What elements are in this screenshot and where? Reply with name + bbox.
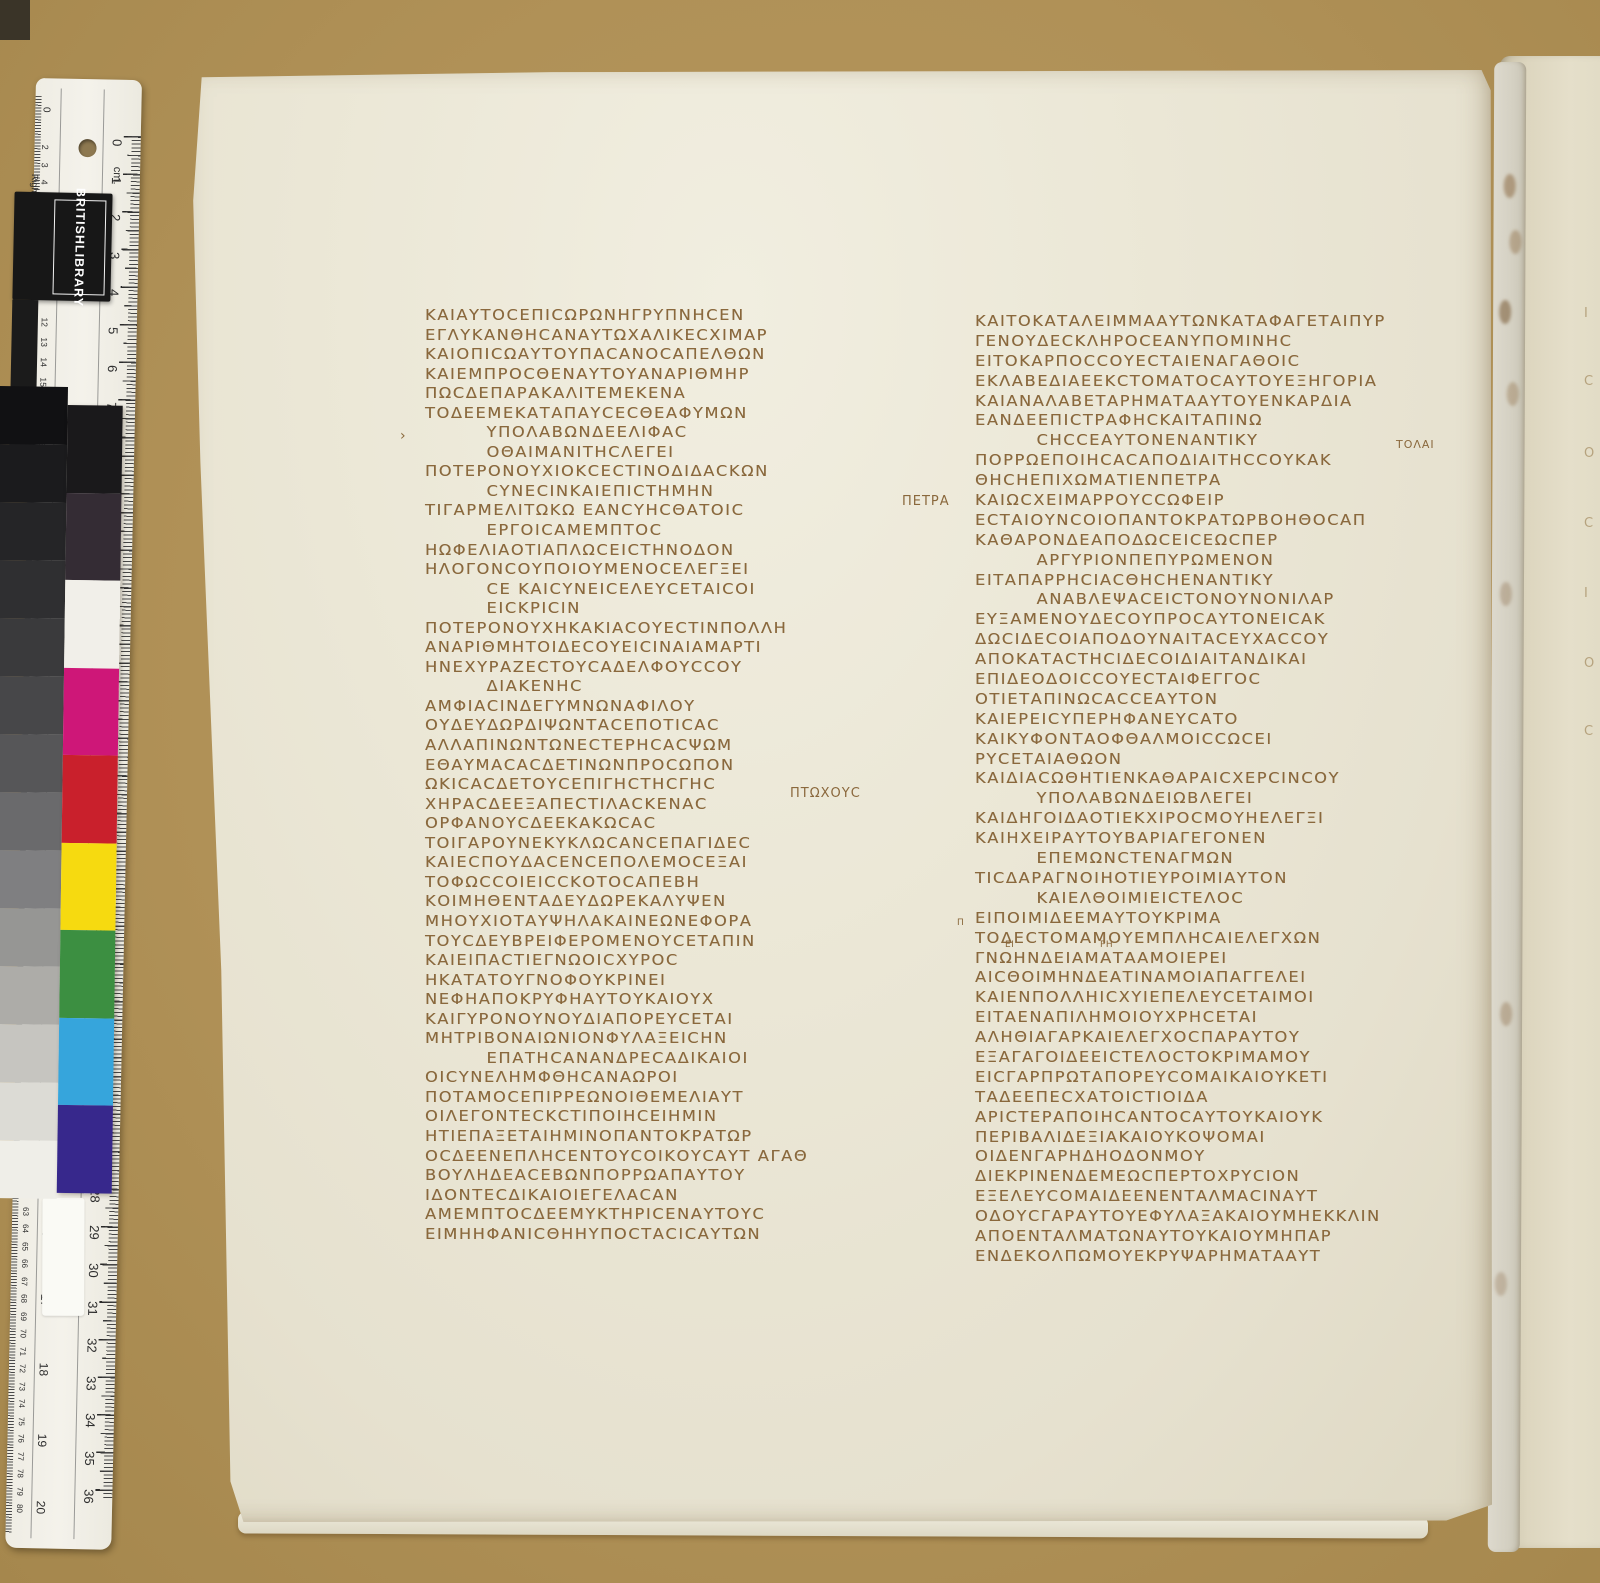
stain bbox=[1507, 382, 1519, 406]
gray-step bbox=[0, 676, 64, 735]
faint-glyph: C bbox=[1584, 516, 1594, 531]
gutter-guard-tape bbox=[1488, 62, 1527, 1552]
tag-border-box: BRITISH LIBRARY bbox=[52, 199, 106, 295]
gray-step bbox=[0, 560, 66, 619]
color-patch bbox=[62, 755, 118, 843]
faint-glyph: I bbox=[1584, 586, 1589, 601]
gray-step bbox=[0, 850, 62, 909]
tag-word-british: BRITISH bbox=[70, 188, 89, 245]
color-patch bbox=[57, 1105, 113, 1193]
gray-step bbox=[0, 1024, 59, 1083]
stain bbox=[1499, 300, 1511, 324]
color-patch bbox=[58, 1017, 114, 1105]
faint-glyph: O bbox=[1584, 656, 1595, 671]
scale-number: 19 bbox=[35, 1434, 49, 1448]
color-patch-column bbox=[57, 405, 123, 1194]
stain bbox=[1500, 582, 1512, 606]
stain bbox=[1509, 230, 1521, 254]
correction: Π bbox=[957, 918, 964, 928]
color-patch bbox=[67, 405, 123, 493]
gray-step bbox=[0, 1140, 57, 1199]
manuscript-page: ΚΑΙΑΥΤΟCΕΠΙCΩΡΩΝΗΓΡΥΠΝΗCΕΝΕΓΛΥΚΑΝΘΗCΑΝΑΥ… bbox=[186, 70, 1492, 1522]
british-library-tag: BRITISH LIBRARY bbox=[12, 192, 112, 302]
gray-step bbox=[0, 502, 66, 561]
color-patch bbox=[63, 667, 119, 755]
stain bbox=[1504, 174, 1516, 198]
gray-step bbox=[0, 1082, 58, 1141]
faint-glyph: O bbox=[1584, 446, 1595, 461]
stain bbox=[1495, 1272, 1507, 1296]
faint-glyph: C bbox=[1584, 374, 1594, 389]
stain bbox=[1500, 1002, 1512, 1026]
correction: ΕΙ bbox=[1005, 940, 1014, 950]
gray-step bbox=[0, 734, 63, 793]
correction: ΡΗ bbox=[1100, 940, 1113, 950]
scale-number: 20 bbox=[34, 1501, 48, 1515]
color-patch bbox=[60, 842, 116, 930]
gray-step bbox=[0, 444, 67, 503]
corner-dark-patch bbox=[0, 0, 30, 40]
gray-step bbox=[0, 966, 60, 1025]
color-calibration-chart bbox=[0, 386, 124, 1204]
tag-word-library: LIBRARY bbox=[69, 245, 88, 307]
glue-stains bbox=[1488, 62, 1527, 1552]
faint-glyph: I bbox=[1584, 306, 1589, 321]
color-patch bbox=[65, 492, 121, 580]
faint-glyph: C bbox=[1584, 724, 1594, 739]
gray-step bbox=[0, 908, 61, 967]
color-patch bbox=[64, 580, 120, 668]
ruler-sticker bbox=[42, 1198, 84, 1316]
color-patch bbox=[59, 930, 115, 1018]
interlinear-corrections: ΠΕΙΡΗ bbox=[186, 70, 1492, 1522]
gray-step bbox=[0, 792, 62, 851]
scale-number: 18 bbox=[36, 1363, 50, 1377]
gray-step bbox=[0, 386, 68, 445]
gray-step bbox=[0, 618, 65, 677]
